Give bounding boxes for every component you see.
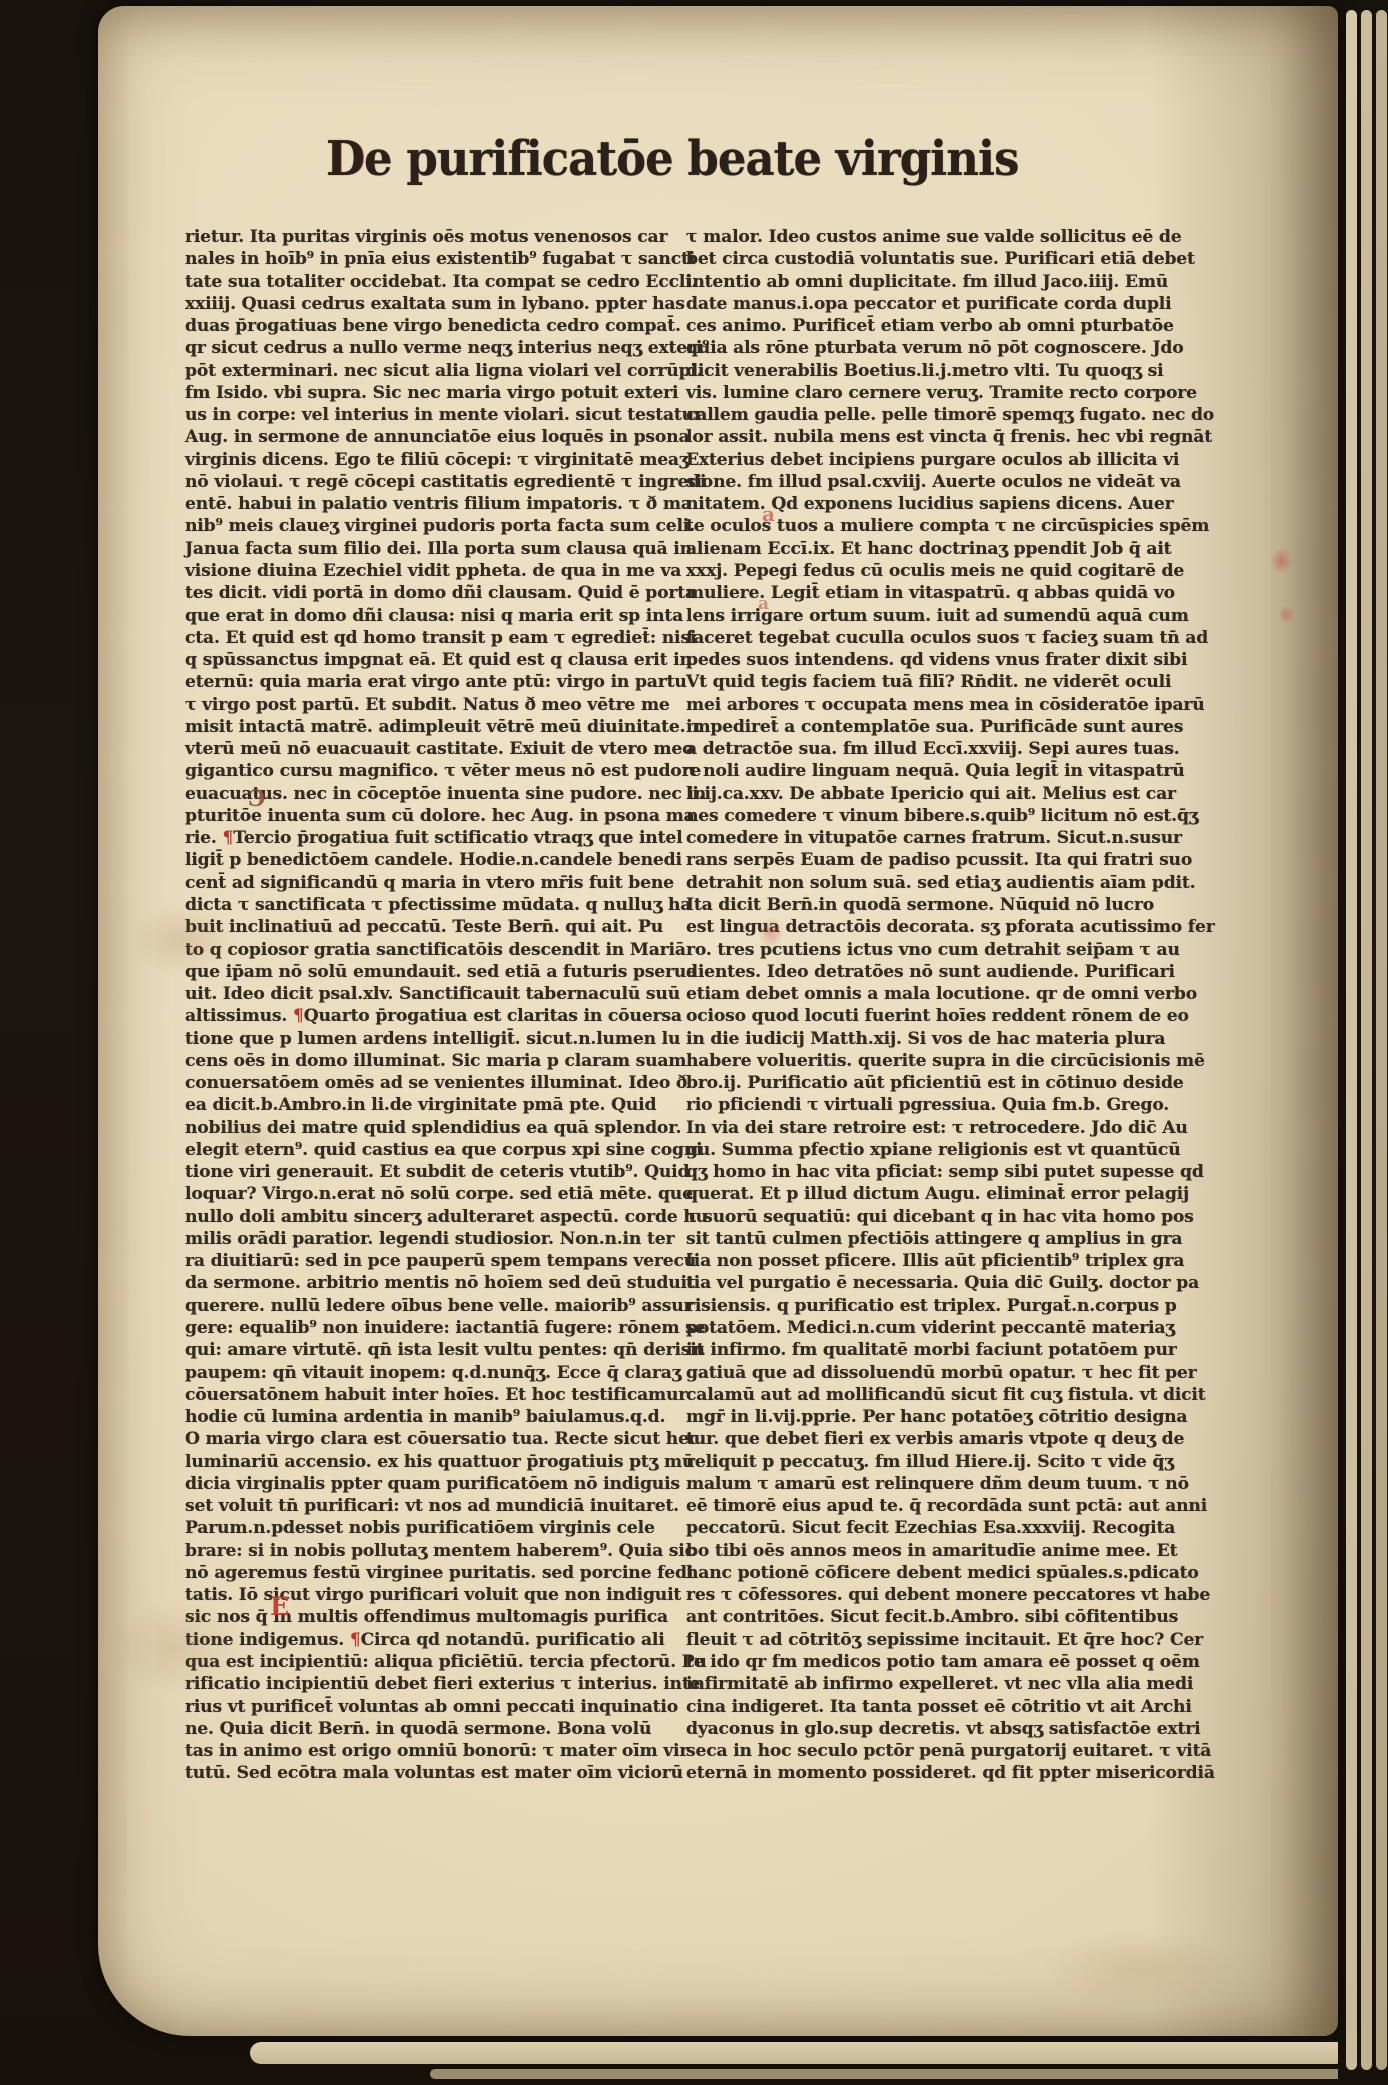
text-line: brare: si in nobis pollutaʒ mentem haber… — [185, 1540, 677, 1562]
page-heading: De purificatōe beate virginis — [326, 130, 1074, 186]
text-line: faceret tegebat cuculla oculos suos τ fa… — [686, 627, 1214, 649]
text-line: nobilius dei matre quid splendidius ea q… — [185, 1117, 677, 1139]
text-line: qr sicut cedrus a nullo verme neqʒ inter… — [185, 337, 677, 359]
text-line: tia vel purgatio ē necessaria. Quia dic̄… — [686, 1272, 1214, 1294]
text-line: set voluit tn̄ purificari: vt nos ad mun… — [185, 1495, 677, 1517]
text-line: te ido qr fm medicos potio tam amara eē … — [686, 1651, 1214, 1673]
text-line: cent̄ ad significandū q maria in vtero m… — [185, 872, 677, 894]
text-line: date manus.i.opa peccator et purificate … — [686, 293, 1214, 315]
text-line: ces animo. Purificet̄ etiam verbo ab omn… — [686, 315, 1214, 337]
text-line: xxxj. Pepegi fedus cū oculis meis ne qui… — [686, 560, 1214, 582]
text-line: querat. Et p illud dictum Augu. eliminat… — [686, 1183, 1214, 1205]
text-line: τ malor. Ideo custos anime sue valde sol… — [686, 226, 1214, 248]
text-line: ligit̄ p benedictōem candele. Hodie.n.ca… — [185, 849, 677, 871]
text-line: qʒ homo in hac vita pficiat: semp sibi p… — [686, 1161, 1214, 1183]
page-edge-strip — [1361, 10, 1372, 2070]
text-line: Aug. in sermone de annunciatōe eius loqu… — [185, 426, 677, 448]
page-edges-right — [1346, 10, 1388, 2070]
text-line: li.ij.ca.xxv. De abbate Ipericio qui ait… — [686, 783, 1214, 805]
text-line: ea dicit.b.Ambro.in li.de virginitate pm… — [185, 1094, 677, 1116]
text-line: tione viri generauit. Et subdit de ceter… — [185, 1161, 677, 1183]
text-line: sit tantū culmen pfectiōis attingere q a… — [686, 1228, 1214, 1250]
text-column-right: τ malor. Ideo custos anime sue valde sol… — [686, 226, 1214, 1785]
text-line: virginis dicens. Ego te filiū cōcepi: τ … — [185, 449, 677, 471]
text-line: ne. Quia dicit Bern̄. in quodā sermone. … — [185, 1718, 677, 1740]
text-line: buit inclinatiuū ad peccatū. Teste Bern̄… — [185, 916, 677, 938]
text-line: pōt exterminari. nec sicut alia ligna vi… — [185, 360, 677, 382]
text-line: rans serpēs Euam de padiso pcussit. Ita … — [686, 849, 1214, 871]
text-line: dicia virginalis ppter quam purificatōem… — [185, 1473, 677, 1495]
text-line: nō violaui. τ regē cōcepi castitatis egr… — [185, 471, 677, 493]
page-edges-bottom-2 — [430, 2069, 1338, 2079]
text-line: malum τ amarū est relinquere dñm deum tu… — [686, 1473, 1214, 1495]
text-line: fleuit τ ad cōtritōʒ sepissime incitauit… — [686, 1629, 1214, 1651]
text-line: cens oēs in domo illuminat. Sic maria p … — [185, 1050, 677, 1072]
text-line: quia als rōne pturbata verum nō pōt cogn… — [686, 337, 1214, 359]
text-line: altissimus. ¶Quarto p̄rogatiua est clari… — [185, 1005, 677, 1027]
text-line: nib⁹ meis claueʒ virginei pudoris porta … — [185, 515, 677, 537]
text-line: elegit etern⁹. quid castius ea que corpu… — [185, 1139, 677, 1161]
text-line: nales in hoīb⁹ in pnīa eius existentib⁹ … — [185, 248, 677, 270]
text-line: hodie cū lumina ardentia in manib⁹ baiul… — [185, 1406, 677, 1428]
text-line: rio pficiendi τ virtuali pgressiua. Quia… — [686, 1094, 1214, 1116]
page-edge-strip — [1376, 10, 1387, 2070]
pilcrow-rubric-mark: ¶ — [293, 1006, 304, 1026]
text-line: milis orādi paratior. legendi studiosior… — [185, 1228, 677, 1250]
text-line: nes comedere τ vinum bibere.s.quib⁹ lici… — [686, 805, 1214, 827]
text-line: rie. ¶Tercio p̄rogatiua fuit sctificatio… — [185, 827, 677, 849]
text-line: visione diuina Ezechiel vidit ppheta. de… — [185, 560, 677, 582]
text-line: tia non posset pficere. Illis aūt pficie… — [686, 1250, 1214, 1272]
text-line: bet circa custodiā voluntatis sue. Purif… — [686, 248, 1214, 270]
text-line: rius vt purificet̄ voluntas ab omni pecc… — [185, 1696, 677, 1718]
text-line: eē timorē eius apud te. q̄ recordāda sun… — [686, 1495, 1214, 1517]
text-line: misit intactā matrē. adimpleuit vētrē me… — [185, 716, 677, 738]
text-line: cina indigeret. Ita tanta posset eē cōtr… — [686, 1696, 1214, 1718]
text-line: tes dicit. vidi portā in domo dñi clausa… — [185, 582, 677, 604]
text-line: tatis. Iō sicut virgo purificari voluit … — [185, 1584, 677, 1606]
text-line: entē. habui in palatio ventris filium im… — [185, 493, 677, 515]
text-line: querere. nullū ledere oībus bene velle. … — [185, 1295, 677, 1317]
pilcrow-rubric-mark: ¶ — [350, 1630, 361, 1650]
text-line: dicit venerabilis Boetius.li.j.metro vlt… — [686, 360, 1214, 382]
text-line: tione indigemus. ¶Circa qd notandū. puri… — [185, 1629, 677, 1651]
text-line: etiam debet omnis a mala locutione. qr d… — [686, 983, 1214, 1005]
text-line: in infirmo. fm qualitatē morbi faciunt p… — [686, 1339, 1214, 1361]
text-line: nullo doli ambitu sincerʒ adulteraret as… — [185, 1206, 677, 1228]
pilcrow-rubric-mark: ¶ — [223, 828, 234, 848]
text-line: calamū aut ad mollificandū sicut fit cuʒ… — [686, 1384, 1214, 1406]
text-line: duas p̄rogatiuas bene virgo benedicta ce… — [185, 315, 677, 337]
text-line: tur. que debet fieri ex verbis amaris vt… — [686, 1428, 1214, 1450]
book-scan-photo: { "document": { "title": "De purificatōe… — [0, 0, 1388, 2085]
text-line: mgr̄ in li.vij.pprie. Per hanc potatōeʒ … — [686, 1406, 1214, 1428]
text-line: bo tibi oēs annos meos in amaritudīe ani… — [686, 1540, 1214, 1562]
text-line: paupem: qn̄ vitauit inopem: q.d.nunq̄ʒ. … — [185, 1362, 677, 1384]
marginal-rubric-mark: Ɔ — [248, 788, 266, 810]
text-line: infirmitatē ab infirmo expelleret. vt ne… — [686, 1673, 1214, 1695]
text-line: O maria virgo clara est cōuersatio tua. … — [185, 1428, 677, 1450]
text-line: ocioso quod locuti fuerint hoīes reddent… — [686, 1005, 1214, 1027]
marginal-rubric-mark: a — [762, 504, 775, 524]
text-column-left: rietur. Ita puritas virginis oēs motus v… — [185, 226, 677, 1785]
page-edges-bottom — [250, 2042, 1338, 2064]
text-line: habere volueritis. querite supra in die … — [686, 1050, 1214, 1072]
text-line: to q copiosor gratia sanctificatōis desc… — [185, 939, 677, 961]
text-line: Exterius debet incipiens purgare oculos … — [686, 449, 1214, 471]
text-line: Parum.n.pdesset nobis purificatiōem virg… — [185, 1517, 677, 1539]
text-line: risiensis. q purificatio est triplex. Pu… — [686, 1295, 1214, 1317]
text-line: pedes suos intendens. qd videns vnus fra… — [686, 649, 1214, 671]
text-line: eternā in momento possideret. qd fit ppt… — [686, 1762, 1214, 1784]
text-line: a detractōe sua. fm illud Eccī.xxviij. S… — [686, 738, 1214, 760]
text-line: ro. tres pcutiens ictus vno cum detrahit… — [686, 939, 1214, 961]
text-line: gu. Summa pfectio xpiane religionis est … — [686, 1139, 1214, 1161]
text-line: dyaconus in glo.sup decretis. vt absqʒ s… — [686, 1718, 1214, 1740]
text-line: In via dei stare retroire est: τ retroce… — [686, 1117, 1214, 1139]
text-line: gigantico cursu magnifico. τ vēter meus … — [185, 760, 677, 782]
text-line: dientes. Ideo detratōes nō sunt audiende… — [686, 961, 1214, 983]
text-line: res τ cōfessores. qui debent monere pecc… — [686, 1584, 1214, 1606]
text-line: comedere in vitupatōe carnes fratrum. Si… — [686, 827, 1214, 849]
text-line: Vt quid tegis faciem tuā filī? Rn̄dit. n… — [686, 671, 1214, 693]
text-line: qui: amare virtutē. qn̄ ista lesit vultu… — [185, 1339, 677, 1361]
page-edge-strip — [1346, 10, 1357, 2070]
text-line: lor assit. nubila mens est vincta q̄ fre… — [686, 426, 1214, 448]
text-line: hanc potionē cōficere debent medici spūa… — [686, 1562, 1214, 1584]
text-line: vis. lumine claro cernere veruʒ. Tramite… — [686, 382, 1214, 404]
text-line: dicta τ sanctificata τ pfectissime mūdat… — [185, 894, 677, 916]
text-line: eternū: quia maria erat virgo ante ptū: … — [185, 671, 677, 693]
text-line: potatōem. Medici.n.cum viderint peccantē… — [686, 1317, 1214, 1339]
text-line: τ suorū sequatiū: qui dicebant q in hac … — [686, 1206, 1214, 1228]
text-line: mei arbores τ occupata mens mea in cōsid… — [686, 694, 1214, 716]
text-line: luminariū accensio. ex his quattuor p̄ro… — [185, 1451, 677, 1473]
text-line: tate sua totaliter occidebat. Ita compat… — [185, 271, 677, 293]
text-line: cta. Et quid est qd homo transit p eam τ… — [185, 627, 677, 649]
text-line: que erat in domo dñi clausa: nisi q mari… — [185, 605, 677, 627]
text-line: peccatorū. Sicut fecit Ezechias Esa.xxxv… — [686, 1517, 1214, 1539]
text-line: que ip̄am nō solū emundauit. sed etiā a … — [185, 961, 677, 983]
text-line: seca in hoc seculo pctōr penā purgatorij… — [686, 1740, 1214, 1762]
text-line: tas in animo est origo omniū bonorū: τ m… — [185, 1740, 677, 1762]
text-line: da sermone. arbitrio mentis nō hoīem sed… — [185, 1272, 677, 1294]
text-line: bro.ij. Purificatio aūt pficientiū est i… — [686, 1072, 1214, 1094]
text-line: loquar? Virgo.n.erat nō solū corpe. sed … — [185, 1183, 677, 1205]
text-line: uit. Ideo dicit psal.xlv. Sanctificauit … — [185, 983, 677, 1005]
text-line: gere: equalib⁹ non inuidere: iactantiā f… — [185, 1317, 677, 1339]
text-line: detrahit non solum suā. sed etiaʒ audien… — [686, 872, 1214, 894]
text-line: τ virgo post partū. Et subdit. Natus ð m… — [185, 694, 677, 716]
text-line: callem gaudia pelle. pelle timorē spemqʒ… — [686, 404, 1214, 426]
text-line: sione. fm illud psal.cxviij. Auerte ocul… — [686, 471, 1214, 493]
text-line: vterū meū nō euacuauit castitate. Exiuit… — [185, 738, 677, 760]
text-line: tutū. Sed ecōtra mala voluntas est mater… — [185, 1762, 677, 1784]
text-line: tione que p lumen ardens intelligit̄. si… — [185, 1028, 677, 1050]
text-line: rietur. Ita puritas virginis oēs motus v… — [185, 226, 677, 248]
text-line: conuersatōem omēs ad se venientes illumi… — [185, 1072, 677, 1094]
text-line: cōuersatōnem habuit inter hoīes. Et hoc … — [185, 1384, 677, 1406]
text-line: us in corpe: vel interius in mente viola… — [185, 404, 677, 426]
text-line: in die iudicij Matth.xij. Si vos de hac … — [686, 1028, 1214, 1050]
text-line: qua est incipientiū: aliqua pficiētiū. t… — [185, 1651, 677, 1673]
text-line: alienam Eccī.ix. Et hanc doctrinaʒ ppend… — [686, 538, 1214, 560]
text-line: fm Isido. vbi supra. Sic nec maria virgo… — [185, 382, 677, 404]
text-line: est lingua detractōis decorata. sʒ pfora… — [686, 916, 1214, 938]
text-line: τ noli audire linguam nequā. Quia legit̄… — [686, 760, 1214, 782]
text-line: Janua facta sum filio dei. Illa porta su… — [185, 538, 677, 560]
marginal-rubric-mark: E — [270, 1594, 289, 1619]
text-line: gatiuā que ad dissoluendū morbū opatur. … — [686, 1362, 1214, 1384]
text-line: q spūssanctus impgnat eā. Et quid est q … — [185, 649, 677, 671]
text-line: impediret̄ a contemplatōe sua. Purificād… — [686, 716, 1214, 738]
text-line: Ita dicit Bern̄.in quodā sermone. Nūquid… — [686, 894, 1214, 916]
text-line: sic nos q̄ in multis offendimus multomag… — [185, 1606, 677, 1628]
text-line: rificatio incipientiū debet fieri exteri… — [185, 1673, 677, 1695]
text-line: ant contritōes. Sicut fecit.b.Ambro. sib… — [686, 1606, 1214, 1628]
text-line: xxiiij. Quasi cedrus exaltata sum in lyb… — [185, 293, 677, 315]
text-line: ra diuitiarū: sed in pce pauperū spem te… — [185, 1250, 677, 1272]
text-line: intentio ab omni duplicitate. fm illud J… — [686, 271, 1214, 293]
text-line: reliquit p peccatuʒ. fm illud Hiere.ij. … — [686, 1451, 1214, 1473]
marginal-rubric-mark: a — [758, 596, 769, 613]
text-line: nō ageremus festū virginee puritatis. se… — [185, 1562, 677, 1584]
